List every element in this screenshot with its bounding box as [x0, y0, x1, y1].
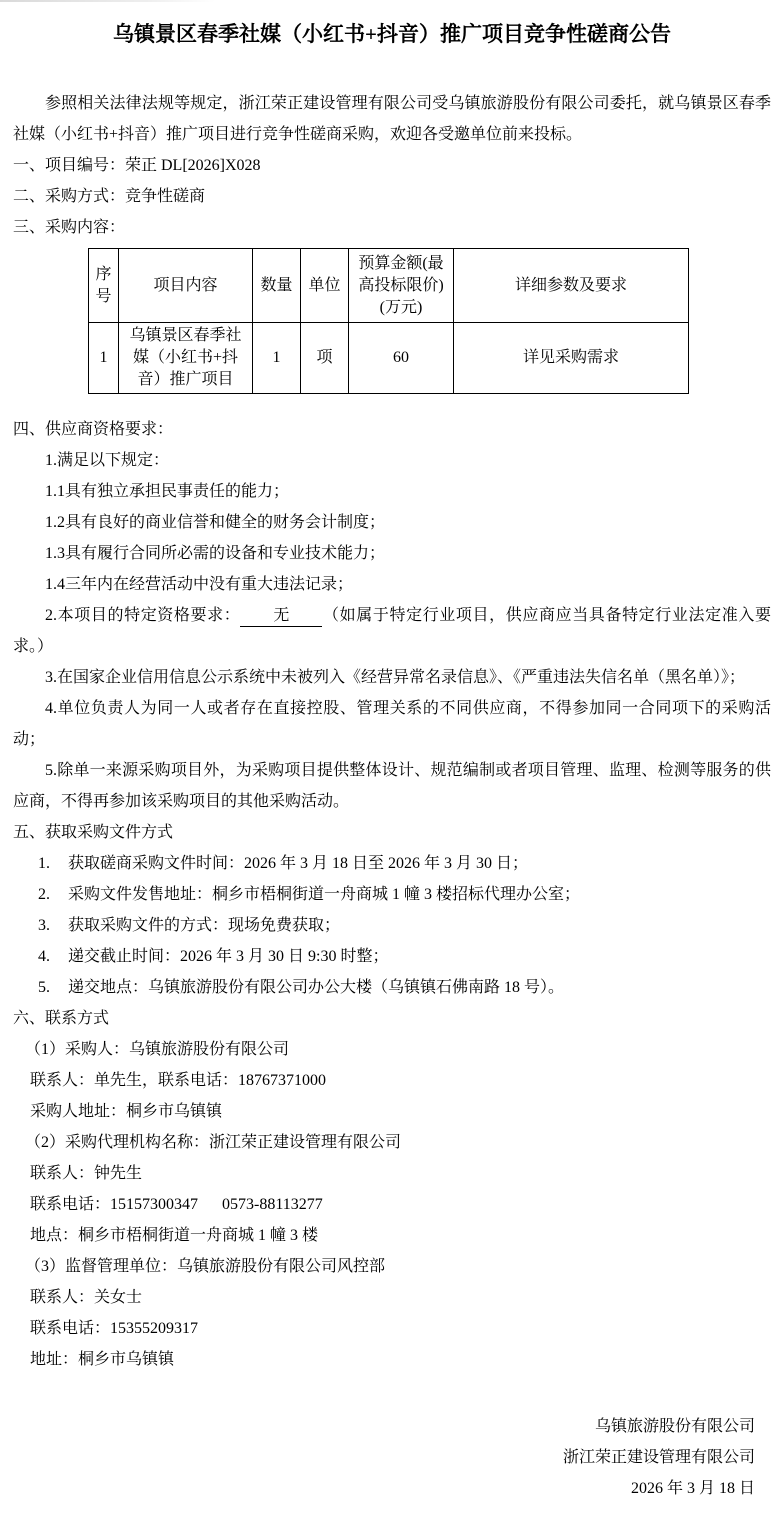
blank-underline: 无 [240, 606, 322, 627]
list-item-number: 2. [38, 879, 68, 910]
section-heading-content: 三、采购内容： [13, 212, 771, 243]
contact-line: 联系人：单先生，联系电话：18767371000 [13, 1065, 771, 1096]
table-header-params: 详细参数及要求 [454, 249, 689, 323]
table-header-row: 序号 项目内容 数量 单位 预算金额(最高投标限价)(万元) 详细参数及要求 [89, 249, 689, 323]
contact-line: 联系电话：15157300347 0573-88113277 [13, 1189, 771, 1220]
table-cell-params: 详见采购需求 [454, 323, 689, 394]
table-header-qty: 数量 [253, 249, 301, 323]
contact-line: 采购人地址：桐乡市乌镇镇 [13, 1096, 771, 1127]
qualification-item: 1.4三年内在经营活动中没有重大违法记录； [13, 569, 771, 600]
signature-agency: 浙江荣正建设管理有限公司 [13, 1442, 755, 1473]
signature-date: 2026 年 3 月 18 日 [13, 1473, 755, 1504]
section-heading-method: 二、采购方式：竞争性磋商 [13, 181, 771, 212]
table-header-seq: 序号 [89, 249, 119, 323]
contact-line-agency: （2）采购代理机构名称：浙江荣正建设管理有限公司 [13, 1127, 771, 1158]
list-item: 4.递交截止时间：2026 年 3 月 30 日 9:30 时整； [13, 941, 771, 972]
table-header-unit: 单位 [301, 249, 349, 323]
table-cell-item: 乌镇景区春季社媒（小红书+抖音）推广项目 [119, 323, 253, 394]
section-heading-project-number: 一、项目编号：荣正 DL[2026]X028 [13, 150, 771, 181]
qualification-item: 1.满足以下规定： [13, 445, 771, 476]
section-heading-contacts: 六、联系方式 [13, 1003, 771, 1034]
qualification-item-special: 2.本项目的特定资格要求：无（如属于特定行业项目，供应商应当具备特定行业法定准入… [13, 600, 771, 662]
contact-line: 地点：桐乡市梧桐街道一舟商城 1 幢 3 楼 [13, 1220, 771, 1251]
list-item-text: 采购文件发售地址：桐乡市梧桐街道一舟商城 1 幢 3 楼招标代理办公室； [68, 886, 580, 903]
qualification-item: 1.3具有履行合同所必需的设备和专业技术能力； [13, 538, 771, 569]
list-item-number: 4. [38, 941, 68, 972]
qualification-item: 1.1具有独立承担民事责任的能力； [13, 476, 771, 507]
list-item: 2.采购文件发售地址：桐乡市梧桐街道一舟商城 1 幢 3 楼招标代理办公室； [13, 879, 771, 910]
list-item-number: 1. [38, 848, 68, 879]
section-heading-obtain-documents: 五、获取采购文件方式 [13, 817, 771, 848]
section-heading-qualifications: 四、供应商资格要求： [13, 414, 771, 445]
qualification-item: 1.2具有良好的商业信誉和健全的财务会计制度； [13, 507, 771, 538]
list-item-text: 获取采购文件的方式：现场免费获取； [68, 917, 340, 934]
list-item-number: 3. [38, 910, 68, 941]
special-requirement-prefix: 2.本项目的特定资格要求： [45, 607, 240, 624]
contact-line-supervisor: （3）监督管理单位：乌镇旅游股份有限公司风控部 [13, 1251, 771, 1282]
list-item-number: 5. [38, 972, 68, 1003]
scan-artifact [0, 0, 215, 2]
list-item-text: 递交地点：乌镇旅游股份有限公司办公大楼（乌镇镇石佛南路 18 号）。 [68, 979, 564, 996]
list-item: 5.递交地点：乌镇旅游股份有限公司办公大楼（乌镇镇石佛南路 18 号）。 [13, 972, 771, 1003]
qualification-item: 5.除单一来源采购项目外，为采购项目提供整体设计、规范编制或者项目管理、监理、检… [13, 755, 771, 817]
table-row: 1 乌镇景区春季社媒（小红书+抖音）推广项目 1 项 60 详见采购需求 [89, 323, 689, 394]
list-item: 1.获取磋商采购文件时间：2026 年 3 月 18 日至 2026 年 3 月… [13, 848, 771, 879]
contact-line: 联系人：钟先生 [13, 1158, 771, 1189]
procurement-table: 序号 项目内容 数量 单位 预算金额(最高投标限价)(万元) 详细参数及要求 1… [88, 248, 689, 394]
qualification-item: 3.在国家企业信用信息公示系统中未被列入《经营异常名录信息》、《严重违法失信名单… [13, 662, 771, 693]
contact-line-purchaser: （1）采购人：乌镇旅游股份有限公司 [13, 1034, 771, 1065]
table-cell-seq: 1 [89, 323, 119, 394]
signature-block: 乌镇旅游股份有限公司 浙江荣正建设管理有限公司 2026 年 3 月 18 日 [13, 1411, 771, 1504]
list-item: 3.获取采购文件的方式：现场免费获取； [13, 910, 771, 941]
announcement-document: 乌镇景区春季社媒（小红书+抖音）推广项目竞争性磋商公告 参照相关法律法规等规定，… [0, 0, 777, 1514]
table-header-item: 项目内容 [119, 249, 253, 323]
contact-line: 联系电话：15355209317 [13, 1313, 771, 1344]
signature-purchaser: 乌镇旅游股份有限公司 [13, 1411, 755, 1442]
contact-line: 联系人：关女士 [13, 1282, 771, 1313]
list-item-text: 递交截止时间：2026 年 3 月 30 日 9:30 时整； [68, 948, 388, 965]
table-header-budget: 预算金额(最高投标限价)(万元) [349, 249, 454, 323]
table-cell-unit: 项 [301, 323, 349, 394]
intro-paragraph: 参照相关法律法规等规定，浙江荣正建设管理有限公司受乌镇旅游股份有限公司委托，就乌… [13, 88, 771, 150]
qualification-item: 4.单位负责人为同一人或者存在直接控股、管理关系的不同供应商，不得参加同一合同项… [13, 693, 771, 755]
table-cell-budget: 60 [349, 323, 454, 394]
document-title: 乌镇景区春季社媒（小红书+抖音）推广项目竞争性磋商公告 [13, 0, 771, 48]
list-item-text: 获取磋商采购文件时间：2026 年 3 月 18 日至 2026 年 3 月 3… [68, 855, 528, 872]
table-cell-qty: 1 [253, 323, 301, 394]
contact-line: 地址：桐乡市乌镇镇 [13, 1344, 771, 1375]
